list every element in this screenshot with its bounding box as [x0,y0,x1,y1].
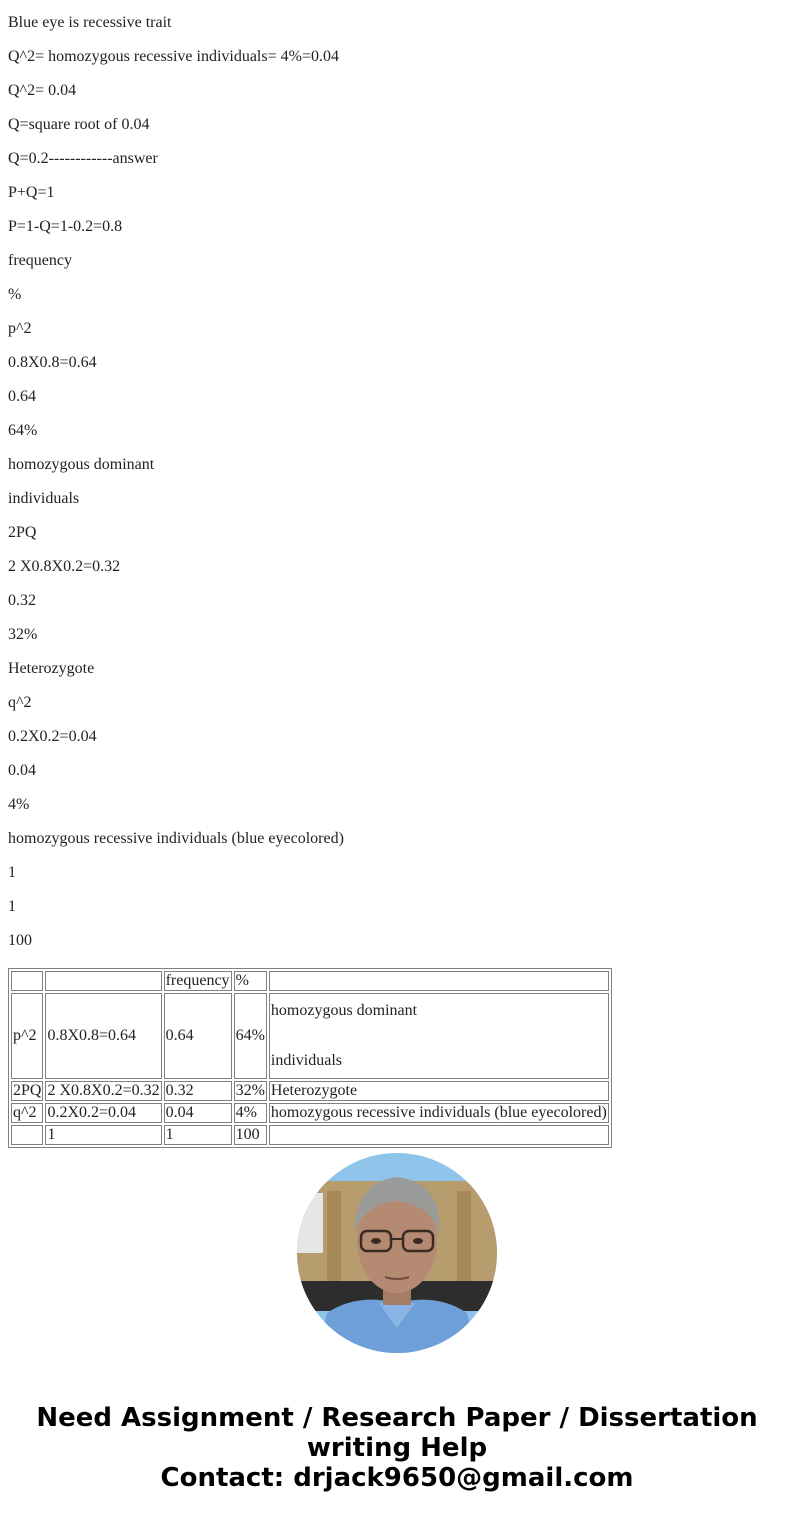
table-row: frequency% [11,971,609,991]
answer-line: Blue eye is recessive trait [8,6,786,40]
answer-line: 32% [8,618,786,652]
answer-line: 100 [8,924,786,958]
answer-line: 64% [8,414,786,448]
hardy-weinberg-table: frequency% p^20.8X0.8=0.640.6464%homozyg… [8,968,612,1148]
table-cell: 2 X0.8X0.2=0.32 [45,1081,161,1101]
table-cell: Heterozygote [269,1081,609,1101]
answer-line: q^2 [8,686,786,720]
author-photo-icon [297,1153,497,1353]
answer-lines: Blue eye is recessive traitQ^2= homozygo… [8,6,786,958]
table-row: 2PQ2 X0.8X0.2=0.320.3232%Heterozygote [11,1081,609,1101]
answer-line: Q^2= homozygous recessive individuals= 4… [8,40,786,74]
promo-line-1: Need Assignment / Research Paper / Disse… [0,1403,794,1433]
answer-line: frequency [8,244,786,278]
table-cell [11,971,43,991]
answer-line: 2PQ [8,516,786,550]
answer-body: Blue eye is recessive traitQ^2= homozygo… [0,0,794,1148]
table-cell: q^2 [11,1103,43,1123]
promo-contact: Contact: drjack9650@gmail.com [0,1463,794,1493]
table-cell: homozygous recessive individuals (blue e… [269,1103,609,1123]
answer-line: Q^2= 0.04 [8,74,786,108]
answer-line: 0.04 [8,754,786,788]
table-cell: 2PQ [11,1081,43,1101]
table-cell: 0.64 [164,993,232,1079]
answer-line: Q=0.2------------answer [8,142,786,176]
answer-line: 0.32 [8,584,786,618]
table-cell: 32% [234,1081,267,1101]
table-cell: 0.32 [164,1081,232,1101]
table-cell: 64% [234,993,267,1079]
table-cell: frequency [164,971,232,991]
answer-line: individuals [8,482,786,516]
answer-line: Q=square root of 0.04 [8,108,786,142]
table-cell: 1 [45,1125,161,1145]
table-cell: % [234,971,267,991]
answer-line: homozygous dominant [8,448,786,482]
answer-line: 0.2X0.2=0.04 [8,720,786,754]
table-cell [269,971,609,991]
table-row: 11100 [11,1125,609,1145]
answer-line: P+Q=1 [8,176,786,210]
author-avatar [297,1153,497,1353]
table-cell: 4% [234,1103,267,1123]
table-row: q^20.2X0.2=0.040.044%homozygous recessiv… [11,1103,609,1123]
table-cell: 0.2X0.2=0.04 [45,1103,161,1123]
table-cell: 0.04 [164,1103,232,1123]
answer-line: % [8,278,786,312]
answer-line: 1 [8,890,786,924]
promo-line-2: writing Help [0,1433,794,1463]
answer-line: 0.8X0.8=0.64 [8,346,786,380]
answer-line: 2 X0.8X0.2=0.32 [8,550,786,584]
table-cell: 100 [234,1125,267,1145]
answer-line: 0.64 [8,380,786,414]
answer-line: 4% [8,788,786,822]
table-row: p^20.8X0.8=0.640.6464%homozygous dominan… [11,993,609,1079]
table-cell: p^2 [11,993,43,1079]
answer-line: homozygous recessive individuals (blue e… [8,822,786,856]
answer-line: Heterozygote [8,652,786,686]
table-cell: 1 [164,1125,232,1145]
answer-line: 1 [8,856,786,890]
promo-banner: Need Assignment / Research Paper / Disse… [0,1403,794,1493]
table-cell [269,1125,609,1145]
answer-line: P=1-Q=1-0.2=0.8 [8,210,786,244]
cell-paragraph: homozygous dominant [271,994,607,1028]
table-cell [45,971,161,991]
table-cell [11,1125,43,1145]
table-cell: homozygous dominantindividuals [269,993,609,1079]
answer-line: p^2 [8,312,786,346]
table-cell: 0.8X0.8=0.64 [45,993,161,1079]
cell-paragraph: individuals [271,1044,607,1078]
